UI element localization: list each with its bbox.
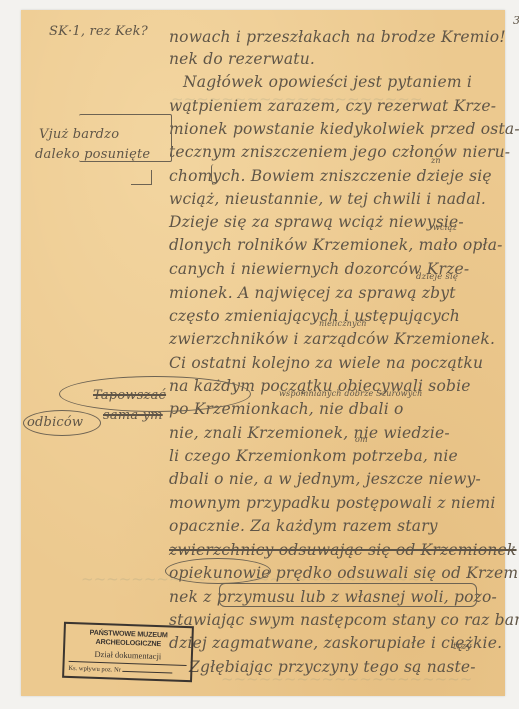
margin-note-bracket (79, 114, 172, 162)
text-line: Zgłębiając przyczyny tego są naste- (189, 658, 476, 676)
interlinear-note: om (355, 435, 368, 444)
text-line: mionek. A najwięcej za sprawą zbyt (169, 284, 456, 302)
text-line: nie, znali Krzemionek, nie wiedzie- (169, 424, 450, 442)
interlinear-note: trzy (453, 642, 472, 652)
text-line: często zmieniających i ustępujących (169, 307, 460, 325)
text-line: nek do rezerwatu. (169, 50, 315, 68)
text-line: wątpieniem zarazem, czy rezerwat Krze- (169, 97, 496, 115)
insertion-mark (131, 170, 152, 185)
stamp-registry-label: Ks. wpływu poz. Nr (68, 665, 121, 674)
circled-phrase-outline (219, 583, 477, 607)
text-line: Ci ostatni kolejno za wiele na początku (169, 354, 483, 372)
margin-note-loop (59, 376, 251, 412)
stamp-registry-field: Ks. wpływu poz. Nr (68, 665, 190, 676)
text-line: nowach i przeszłakach na brodze Kremio! (169, 28, 506, 46)
text-line: mionek powstanie kiedykolwiek przed osta… (169, 120, 519, 138)
stamp-department: Dział dokumentacji (65, 648, 191, 662)
interlinear-note: zn (431, 156, 441, 165)
interlinear-note: wciąż (433, 223, 457, 232)
stamp-registry-blank (122, 671, 172, 674)
page-number: 3 (513, 14, 519, 27)
text-line: mownym przypadku postępowali z niemi (169, 494, 496, 512)
text-line: Nagłówek opowieści jest pytaniem i (183, 73, 472, 91)
text-line: zwierzchników i zarządców Krzemionek. (169, 330, 495, 348)
circled-word-outline (165, 558, 271, 584)
text-line: li czego Krzemionkom potrzeba, nie (169, 447, 458, 465)
stamp-institution: PAŃSTWOWE MUZEUM ARCHEOLOGICZNE (65, 627, 192, 649)
text-line: opacznie. Za każdym razem stary (169, 517, 438, 535)
struck-text-line: zwierzchnicy odsuwając się od Krzemionek (169, 541, 517, 559)
archive-reference: SK·1, rez Kek? (49, 24, 148, 39)
manuscript-page: ~~~~~~~~~~~~~~~~~~~~ ~~~~~~~~~~~~~~~~~~~… (21, 10, 505, 696)
insertion-bracket (211, 164, 218, 183)
struck-margin-note: sama ym (103, 408, 163, 423)
margin-note-loop (23, 410, 101, 436)
text-line: tecznym zniszczeniem jego członów nieru- (169, 143, 510, 161)
interlinear-note: nielicznych (319, 319, 367, 328)
text-line: dbali o nie, a w jednym, jeszcze niewy- (169, 470, 481, 488)
text-line: wciąż, nieustannie, w tej chwili i nadal… (169, 190, 486, 208)
museum-stamp: PAŃSTWOWE MUZEUM ARCHEOLOGICZNE Dział do… (62, 622, 194, 683)
text-line: dlonych rolników Krzemionek, mało opła- (169, 236, 503, 254)
text-line: stawiając swym następcom stany co raz ba… (169, 611, 519, 629)
text-line: Dzieje się za sprawą wciąż niewysie- (169, 213, 464, 231)
interlinear-note: dzieje się (416, 272, 458, 282)
interlinear-note: wspomnianych dobrze Szurowych (279, 389, 422, 398)
